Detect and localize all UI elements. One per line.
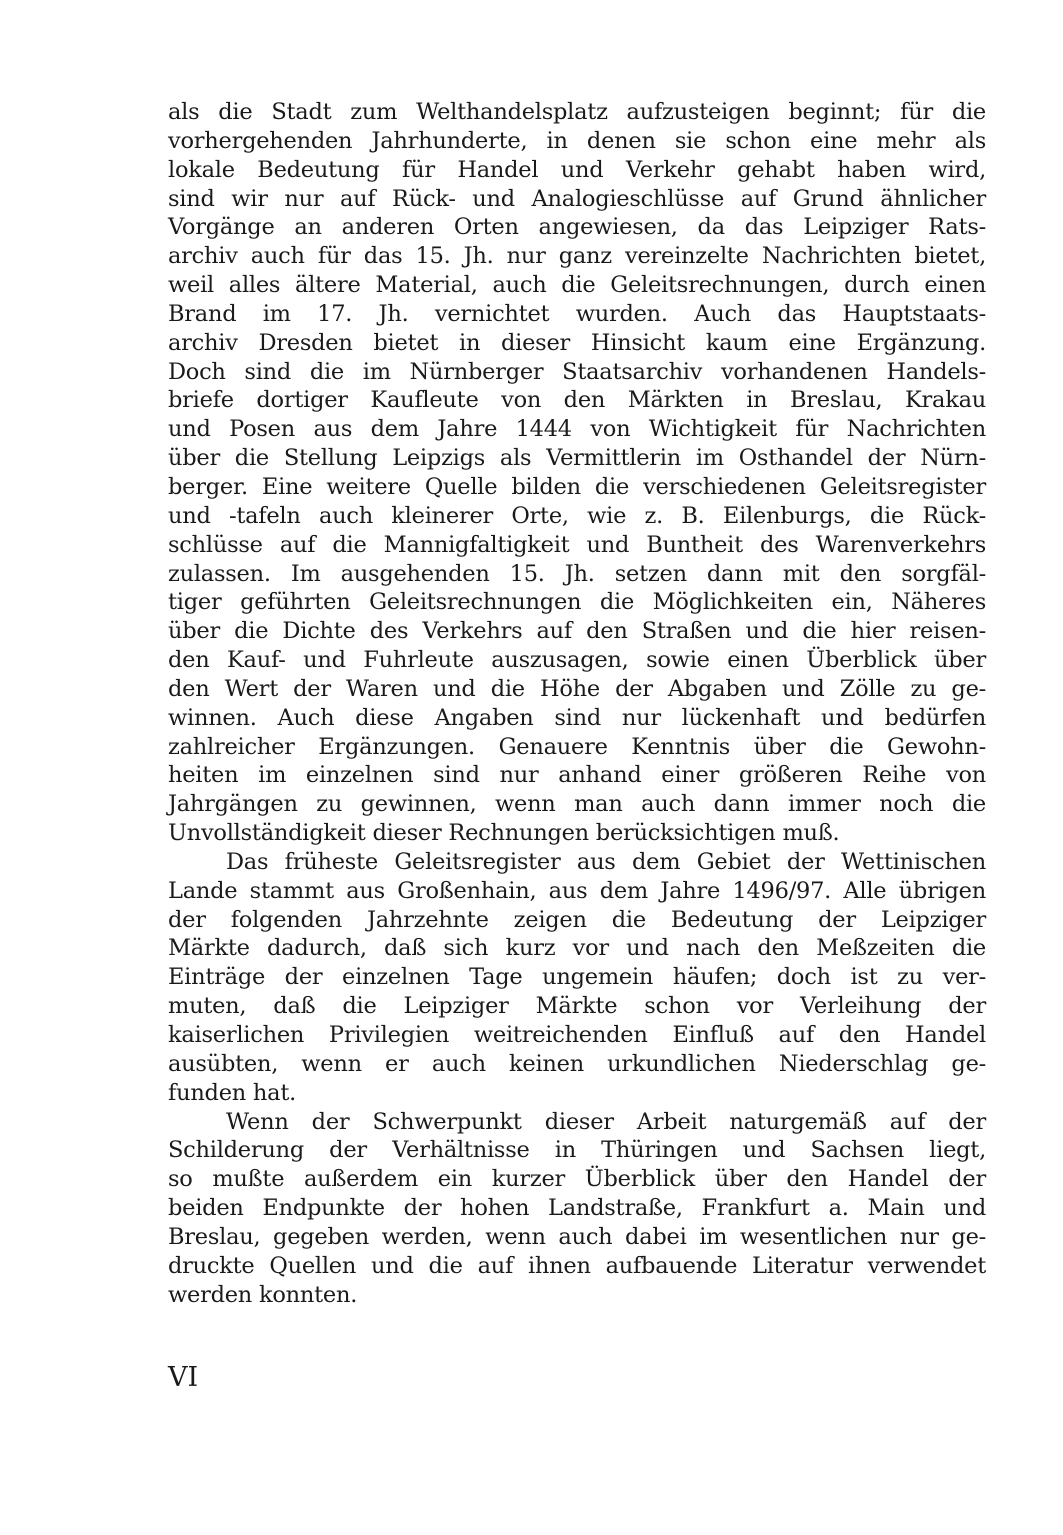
text-line: vorhergehenden Jahrhunderte, in denen si… [168, 127, 986, 156]
text-line: Märkte dadurch, daß sich kurz vor und na… [168, 934, 986, 963]
document-body: als die Stadt zum Welthandelsplatz aufzu… [168, 98, 986, 1309]
text-line: werden konnten. [168, 1281, 986, 1310]
paragraph: Wenn der Schwerpunkt dieser Arbeit natur… [168, 1108, 986, 1310]
text-line: funden hat. [168, 1079, 986, 1108]
text-line: Jahrgängen zu gewinnen, wenn man auch da… [168, 790, 986, 819]
text-line: Lande stammt aus Großenhain, aus dem Jah… [168, 877, 986, 906]
text-line: über die Stellung Leipzigs als Vermittle… [168, 444, 986, 473]
page-number: VI [168, 1363, 198, 1393]
text-line: kaiserlichen Privilegien weitreichenden … [168, 1021, 986, 1050]
text-line: Einträge der einzelnen Tage ungemein häu… [168, 963, 986, 992]
text-line: so mußte außerdem ein kurzer Überblick ü… [168, 1165, 986, 1194]
text-line: heiten im einzelnen sind nur anhand eine… [168, 761, 986, 790]
text-line: beiden Endpunkte der hohen Landstraße, F… [168, 1194, 986, 1223]
text-line: berger. Eine weitere Quelle bilden die v… [168, 473, 986, 502]
text-line: Unvollständigkeit dieser Rechnungen berü… [168, 819, 986, 848]
text-line: lokale Bedeutung für Handel und Verkehr … [168, 156, 986, 185]
text-line: winnen. Auch diese Angaben sind nur lück… [168, 704, 986, 733]
text-line: ausübten, wenn er auch keinen urkundlich… [168, 1050, 986, 1079]
text-line: der folgenden Jahrzehnte zeigen die Bede… [168, 906, 986, 935]
text-line: druckte Quellen und die auf ihnen aufbau… [168, 1252, 986, 1281]
text-line: Wenn der Schwerpunkt dieser Arbeit natur… [168, 1108, 986, 1137]
text-line: und Posen aus dem Jahre 1444 von Wichtig… [168, 415, 986, 444]
text-line: den Wert der Waren und die Höhe der Abga… [168, 675, 986, 704]
text-line: und -tafeln auch kleinerer Orte, wie z. … [168, 502, 986, 531]
text-line: Doch sind die im Nürnberger Staatsarchiv… [168, 358, 986, 387]
text-line: archiv Dresden bietet in dieser Hinsicht… [168, 329, 986, 358]
text-line: Schilderung der Verhältnisse in Thüringe… [168, 1136, 986, 1165]
text-line: als die Stadt zum Welthandelsplatz aufzu… [168, 98, 986, 127]
text-line: briefe dortiger Kaufleute von den Märkte… [168, 386, 986, 415]
text-line: Das früheste Geleitsregister aus dem Geb… [168, 848, 986, 877]
text-line: Breslau, gegeben werden, wenn auch dabei… [168, 1223, 986, 1252]
text-line: den Kauf- und Fuhrleute auszusagen, sowi… [168, 646, 986, 675]
text-line: archiv auch für das 15. Jh. nur ganz ver… [168, 242, 986, 271]
text-line: weil alles ältere Material, auch die Gel… [168, 271, 986, 300]
paragraph: Das früheste Geleitsregister aus dem Geb… [168, 848, 986, 1108]
text-line: sind wir nur auf Rück- und Analogieschlü… [168, 185, 986, 214]
text-line: Vorgänge an anderen Orten angewiesen, da… [168, 213, 986, 242]
text-line: zulassen. Im ausgehenden 15. Jh. setzen … [168, 560, 986, 589]
text-line: zahlreicher Ergänzungen. Genauere Kenntn… [168, 733, 986, 762]
paragraph: als die Stadt zum Welthandelsplatz aufzu… [168, 98, 986, 848]
text-line: tiger geführten Geleitsrechnungen die Mö… [168, 588, 986, 617]
text-line: über die Dichte des Verkehrs auf den Str… [168, 617, 986, 646]
text-line: schlüsse auf die Mannigfaltigkeit und Bu… [168, 531, 986, 560]
text-line: muten, daß die Leipziger Märkte schon vo… [168, 992, 986, 1021]
text-line: Brand im 17. Jh. vernichtet wurden. Auch… [168, 300, 986, 329]
